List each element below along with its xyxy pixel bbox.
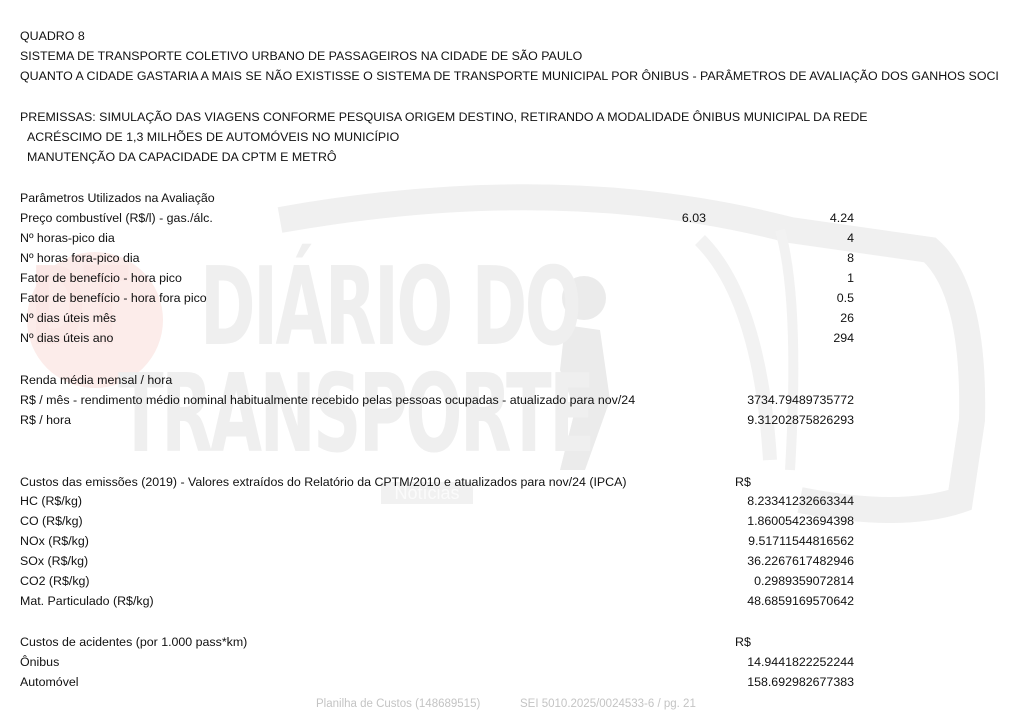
- quadro-label: QUADRO 8: [20, 26, 85, 46]
- param-value: 1: [847, 268, 854, 288]
- acidente-label: Ônibus: [20, 652, 59, 672]
- footer-doc-name: Planilha de Custos (148689515): [316, 698, 480, 710]
- emissao-label: HC (R$/kg): [20, 491, 82, 511]
- param-label: Nº horas-pico dia: [20, 228, 115, 248]
- emissao-label: NOx (R$/kg): [20, 531, 89, 551]
- premissa-line: MANUTENÇÃO DA CAPACIDADE DA CPTM E METRÔ: [27, 147, 337, 167]
- emissao-label: CO (R$/kg): [20, 511, 83, 531]
- emissao-value: 48.6859169570642: [747, 591, 854, 611]
- param-value-gas: 6.03: [682, 208, 706, 228]
- emissao-label: Mat. Particulado (R$/kg): [20, 591, 154, 611]
- emissao-value: 36.2267617482946: [747, 551, 854, 571]
- emissoes-unit: R$: [735, 472, 751, 492]
- param-label: Fator de benefício - hora pico: [20, 268, 182, 288]
- emissao-label: SOx (R$/kg): [20, 551, 88, 571]
- emissao-value: 0.2989359072814: [754, 571, 854, 591]
- section-title-renda: Renda média mensal / hora: [20, 370, 172, 390]
- param-label: Nº dias úteis ano: [20, 328, 113, 348]
- param-value: 0.5: [837, 288, 854, 308]
- param-value: 8: [847, 248, 854, 268]
- footer-sei-ref: SEI 5010.2025/0024533-6 / pg. 21: [520, 698, 696, 710]
- emissao-label: CO2 (R$/kg): [20, 571, 90, 591]
- param-label: Nº dias úteis mês: [20, 308, 116, 328]
- acidente-value: 158.692982677383: [747, 672, 854, 692]
- param-label: Nº horas fora-pico dia: [20, 248, 140, 268]
- param-value: 26: [840, 308, 854, 328]
- section-title-parametros: Parâmetros Utilizados na Avaliação: [20, 188, 215, 208]
- acidente-value: 14.9441822252244: [747, 652, 854, 672]
- premissa-line: ACRÉSCIMO DE 1,3 MILHÕES DE AUTOMÓVEIS N…: [27, 127, 399, 147]
- acidente-label: Automóvel: [20, 672, 79, 692]
- section-title-acidentes: Custos de acidentes (por 1.000 pass*km): [20, 632, 247, 652]
- section-title-emissoes: Custos das emissões (2019) - Valores ext…: [20, 472, 627, 492]
- renda-label: R$ / hora: [20, 410, 71, 430]
- param-value: 4: [847, 228, 854, 248]
- renda-value: 3734.79489735772: [747, 390, 854, 410]
- premissa-line: PREMISSAS: SIMULAÇÃO DAS VIAGENS CONFORM…: [20, 107, 868, 127]
- renda-value: 9.31202875826293: [747, 410, 854, 430]
- emissao-value: 8.23341232663344: [747, 491, 854, 511]
- acidentes-unit: R$: [735, 632, 751, 652]
- document-subtitle: QUANTO A CIDADE GASTARIA A MAIS SE NÃO E…: [20, 66, 999, 86]
- document-title: SISTEMA DE TRANSPORTE COLETIVO URBANO DE…: [20, 46, 582, 66]
- param-value: 4.24: [830, 208, 854, 228]
- param-value: 294: [833, 328, 854, 348]
- param-label: Preço combustível (R$/l) - gas./álc.: [20, 208, 213, 228]
- param-label: Fator de benefício - hora fora pico: [20, 288, 207, 308]
- watermark-brand-line2: TRANSPORTE: [118, 365, 592, 465]
- renda-label: R$ / mês - rendimento médio nominal habi…: [20, 390, 635, 410]
- watermark-brand-line1: DIÁRIO DO: [200, 258, 579, 358]
- emissao-value: 9.51711544816562: [748, 531, 854, 551]
- emissao-value: 1.86005423694398: [747, 511, 854, 531]
